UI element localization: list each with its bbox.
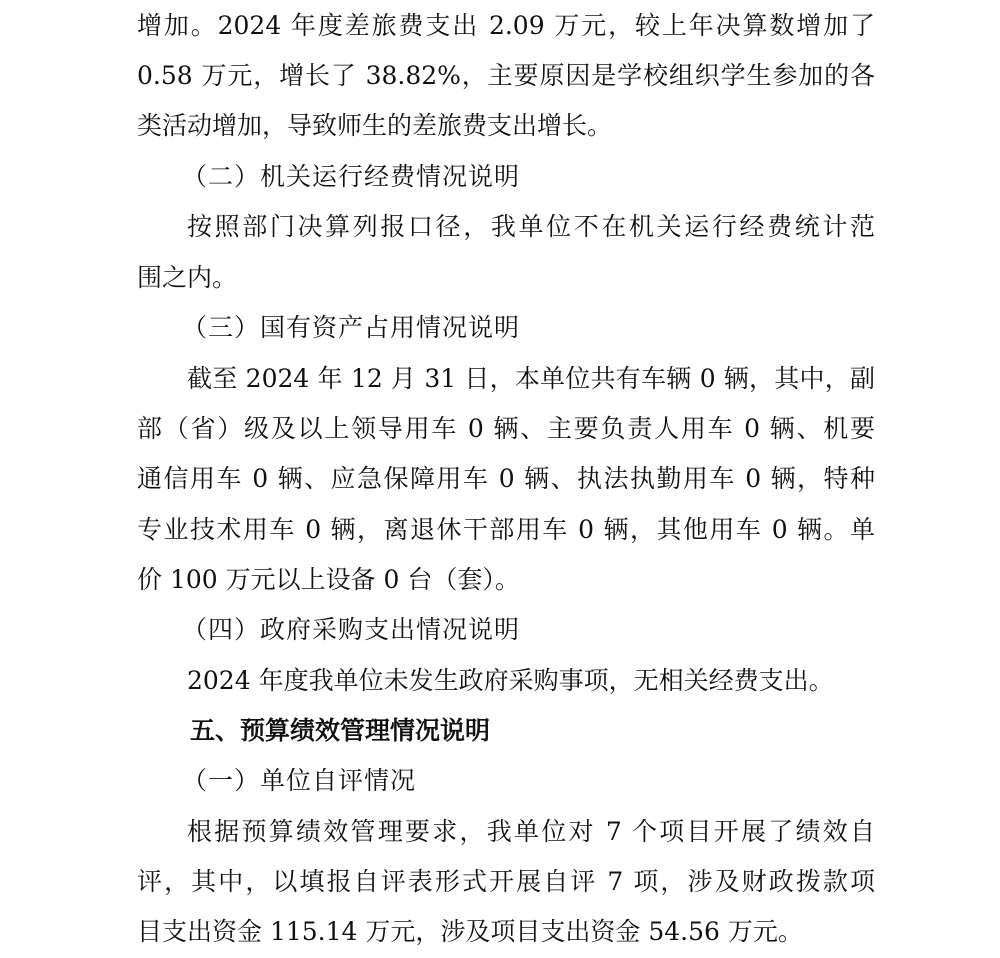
paragraph-line: 根据预算绩效管理要求，我单位对 7 个项目开展了绩效自	[187, 814, 875, 850]
paragraph-line: 围之内。	[137, 260, 875, 296]
paragraph-line: 部（省）级及以上领导用车 0 辆、主要负责人用车 0 辆、机要	[137, 411, 875, 447]
section-heading-operating-expenses: （二）机关运行经费情况说明	[182, 159, 520, 195]
section-heading-government-procurement: （四）政府采购支出情况说明	[182, 612, 520, 648]
paragraph-line: 专业技术用车 0 辆，离退休干部用车 0 辆，其他用车 0 辆。单	[137, 512, 875, 548]
document-page: 增加。2024 年度差旅费支出 2.09 万元，较上年决算数增加了 0.58 万…	[0, 0, 1000, 958]
paragraph-line: 评，其中，以填报自评表形式开展自评 7 项，涉及财政拨款项	[137, 864, 875, 900]
paragraph-line: 类活动增加，导致师生的差旅费支出增长。	[137, 108, 875, 144]
paragraph-line: 目支出资金 115.14 万元，涉及项目支出资金 54.56 万元。	[137, 914, 875, 950]
section-heading-state-assets: （三）国有资产占用情况说明	[182, 310, 520, 346]
paragraph-line: 通信用车 0 辆、应急保障用车 0 辆、执法执勤用车 0 辆，特种	[137, 461, 875, 497]
paragraph-line: 按照部门决算列报口径，我单位不在机关运行经费统计范	[187, 209, 875, 245]
paragraph-line: 截至 2024 年 12 月 31 日，本单位共有车辆 0 辆，其中，副	[187, 361, 875, 397]
chapter-heading-performance-management: 五、预算绩效管理情况说明	[190, 713, 490, 749]
paragraph-line: 增加。2024 年度差旅费支出 2.09 万元，较上年决算数增加了	[137, 8, 875, 44]
section-heading-self-evaluation: （一）单位自评情况	[182, 763, 416, 799]
paragraph-line: 价 100 万元以上设备 0 台（套）。	[137, 562, 875, 598]
paragraph-line: 0.58 万元，增长了 38.82%，主要原因是学校组织学生参加的各	[137, 58, 875, 94]
paragraph-line: 2024 年度我单位未发生政府采购事项，无相关经费支出。	[187, 663, 875, 699]
